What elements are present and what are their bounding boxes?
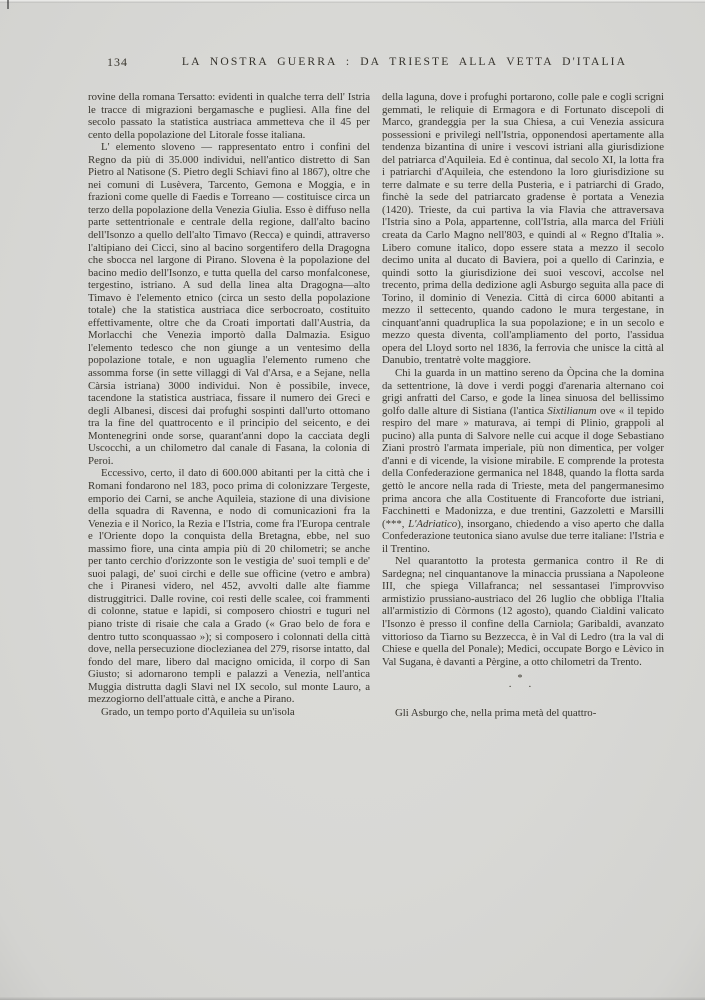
paragraph: Chi la guarda in un mattino sereno da Òp… bbox=[382, 367, 664, 555]
page-top-edge bbox=[0, 0, 705, 3]
asterism-star: * bbox=[518, 673, 529, 684]
running-header: 134 LA NOSTRA GUERRA : DA TRIESTE ALLA V… bbox=[0, 55, 705, 71]
paragraph-text: ove « il tepido respiro del mare » matur… bbox=[382, 405, 664, 530]
scan-edge-artifact bbox=[7, 0, 9, 9]
italic-work-title: L'Adriatico bbox=[408, 518, 457, 530]
paragraph: Gli Asburgo che, nella prima metà del qu… bbox=[382, 707, 664, 720]
paragraph: Grado, un tempo porto d'Aquileia su un'i… bbox=[88, 706, 370, 719]
page-number: 134 bbox=[107, 55, 128, 70]
paragraph: della laguna, dove i profughi portarono,… bbox=[382, 91, 664, 367]
book-page: 134 LA NOSTRA GUERRA : DA TRIESTE ALLA V… bbox=[0, 0, 705, 1000]
text-columns: rovine della romana Tersatto: evidenti i… bbox=[88, 91, 664, 881]
asterism-separator-icon: .*. bbox=[382, 677, 664, 703]
left-column: rovine della romana Tersatto: evidenti i… bbox=[88, 91, 370, 881]
paragraph: Eccessivo, certo, il dato di 600.000 abi… bbox=[88, 467, 370, 705]
asterism-dot: . bbox=[529, 678, 538, 690]
asterism-dot: . bbox=[509, 678, 518, 690]
right-column: della laguna, dove i profughi portarono,… bbox=[382, 91, 664, 881]
paragraph: L' elemento sloveno — rappresentato entr… bbox=[88, 141, 370, 467]
paragraph: Nel quarantotto la protesta germanica co… bbox=[382, 555, 664, 668]
running-title: LA NOSTRA GUERRA : DA TRIESTE ALLA VETTA… bbox=[182, 55, 627, 68]
italic-term: Sixtilianum bbox=[547, 405, 596, 417]
paragraph: rovine della romana Tersatto: evidenti i… bbox=[88, 91, 370, 141]
